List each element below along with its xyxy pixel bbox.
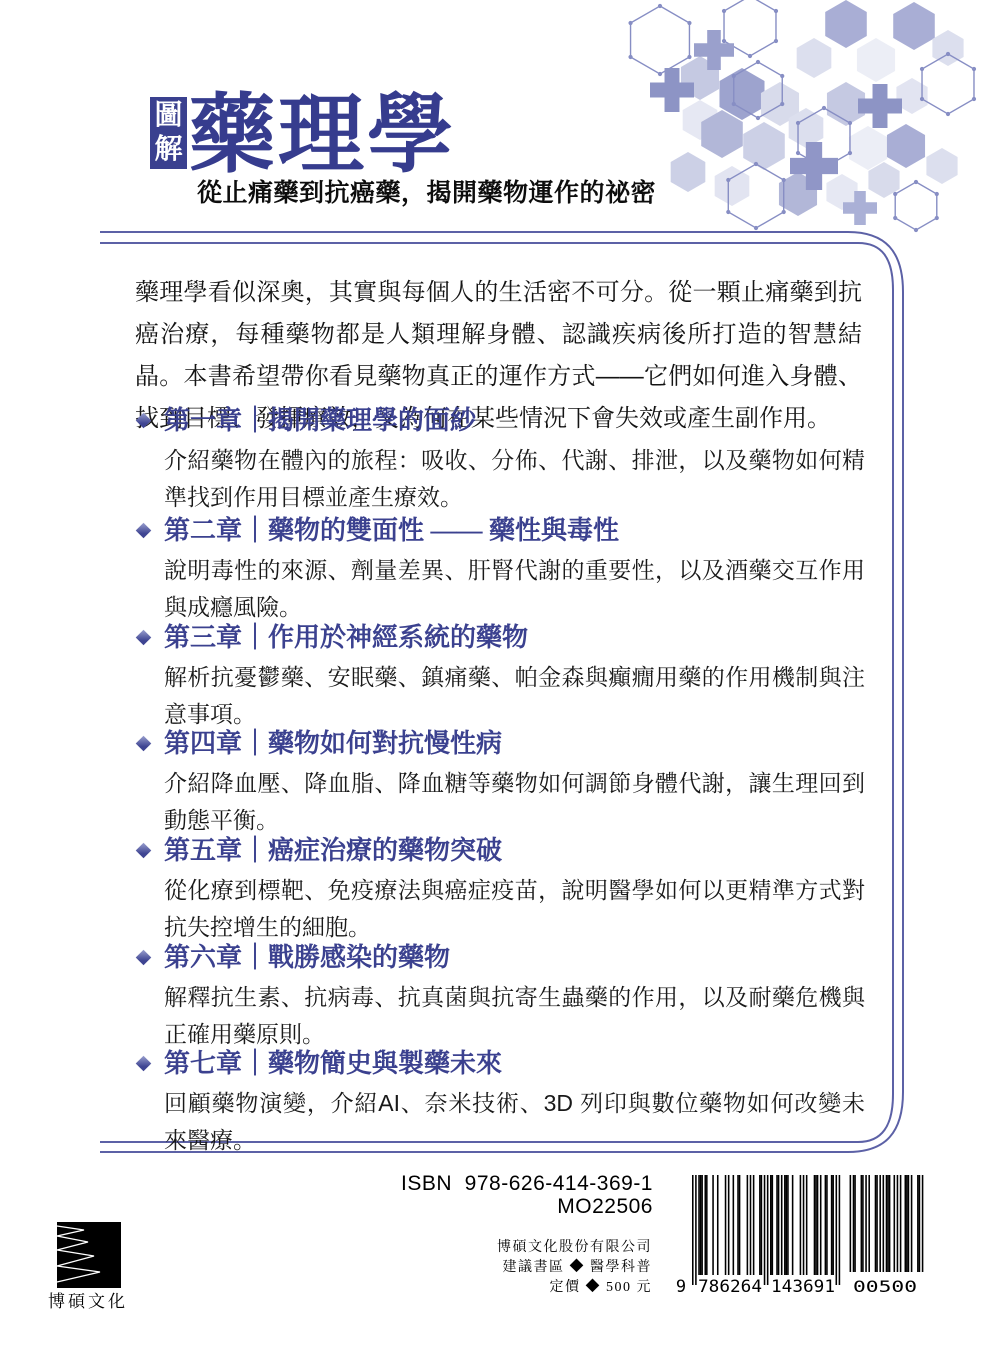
series-badge: 圖解 <box>150 97 187 169</box>
book-back-cover: 圖解 藥理學 從止痛藥到抗癌藥，揭開藥物運作的祕密 藥理學看似深奧，其實與每個人… <box>0 0 1000 1355</box>
chapter-heading-row: 第四章｜藥物如何對抗慢性病 <box>138 725 865 763</box>
diamond-bullet-icon <box>136 950 152 966</box>
chapter-title: 第二章｜藥物的雙面性 —— 藥性與毒性 <box>164 512 865 550</box>
chapter-title: 第一章｜揭開藥理學的面紗 <box>164 402 865 440</box>
chapter-description: 解釋抗生素、抗病毒、抗真菌與抗寄生蟲藥的作用，以及耐藥危機與正確用藥原則。 <box>138 979 865 1053</box>
chapter-title: 第三章｜作用於神經系統的藥物 <box>164 619 865 657</box>
publisher-block: 博碩文化股份有限公司 建議書區 ◆ 醫學科普 定價 ◆ 500 元 <box>497 1238 652 1298</box>
chapter-title: 第四章｜藥物如何對抗慢性病 <box>164 725 865 763</box>
chapter-title: 第五章｜癌症治療的藥物突破 <box>164 832 865 870</box>
chapter-block: 第二章｜藥物的雙面性 —— 藥性與毒性 說明毒性的來源、劑量差異、肝腎代謝的重要… <box>138 512 865 626</box>
chapter-block: 第五章｜癌症治療的藥物突破 從化療到標靶、免疫療法與癌症疫苗，說明醫學如何以更精… <box>138 832 865 946</box>
chapter-description: 介紹藥物在體內的旅程：吸收、分佈、代謝、排泄，以及藥物如何精準找到作用目標並產生… <box>138 442 865 516</box>
book-price: 定價 ◆ 500 元 <box>497 1278 652 1298</box>
publisher-logo <box>50 1220 130 1290</box>
diamond-bullet-icon <box>136 843 152 859</box>
diamond-bullet-icon <box>136 736 152 752</box>
svg-text:143691: 143691 <box>771 1277 835 1297</box>
chapter-block: 第七章｜藥物簡史與製藥未來 回顧藥物演變，介紹AI、奈米技術、3D 列印與數位藥… <box>138 1045 865 1159</box>
svg-text:9: 9 <box>676 1277 686 1297</box>
isbn-number: ISBN 978-626-414-369-1 <box>401 1172 653 1195</box>
ean13-barcode: 978626414369100500 <box>670 1170 940 1305</box>
svg-text:00500: 00500 <box>853 1277 917 1296</box>
chapter-heading-row: 第六章｜戰勝感染的藥物 <box>138 939 865 977</box>
chapter-heading-row: 第五章｜癌症治療的藥物突破 <box>138 832 865 870</box>
book-subtitle: 從止痛藥到抗癌藥，揭開藥物運作的祕密 <box>197 173 656 209</box>
hexagon-molecule-art <box>600 0 1000 235</box>
svg-text:786264: 786264 <box>698 1277 762 1297</box>
chapter-heading-row: 第三章｜作用於神經系統的藥物 <box>138 619 865 657</box>
chapter-description: 說明毒性的來源、劑量差異、肝腎代謝的重要性，以及酒藥交互作用與成癮風險。 <box>138 552 865 626</box>
diamond-bullet-icon <box>136 1056 152 1072</box>
chapter-heading-row: 第一章｜揭開藥理學的面紗 <box>138 402 865 440</box>
diamond-bullet-icon <box>136 523 152 539</box>
chapter-block: 第六章｜戰勝感染的藥物 解釋抗生素、抗病毒、抗真菌與抗寄生蟲藥的作用，以及耐藥危… <box>138 939 865 1053</box>
publisher-name: 博碩文化股份有限公司 <box>497 1238 652 1258</box>
chapter-title: 第七章｜藥物簡史與製藥未來 <box>164 1045 865 1083</box>
chapter-description: 回顧藥物演變，介紹AI、奈米技術、3D 列印與數位藥物如何改變未來醫療。 <box>138 1085 865 1159</box>
product-code: MO22506 <box>401 1195 653 1218</box>
book-category: 建議書區 ◆ 醫學科普 <box>497 1258 652 1278</box>
isbn-block: ISBN 978-626-414-369-1 MO22506 <box>401 1172 653 1218</box>
chapter-block: 第三章｜作用於神經系統的藥物 解析抗憂鬱藥、安眠藥、鎮痛藥、帕金森與癲癇用藥的作… <box>138 619 865 733</box>
diamond-bullet-icon <box>136 630 152 646</box>
chapter-title: 第六章｜戰勝感染的藥物 <box>164 939 865 977</box>
publisher-logo-text: 博碩文化 <box>48 1287 138 1312</box>
chapter-description: 從化療到標靶、免疫療法與癌症疫苗，說明醫學如何以更精準方式對抗失控增生的細胞。 <box>138 872 865 946</box>
diamond-bullet-icon <box>136 413 152 429</box>
chapter-heading-row: 第二章｜藥物的雙面性 —— 藥性與毒性 <box>138 512 865 550</box>
chapter-block: 第四章｜藥物如何對抗慢性病 介紹降血壓、降血脂、降血糖等藥物如何調節身體代謝，讓… <box>138 725 865 839</box>
chapter-description: 介紹降血壓、降血脂、降血糖等藥物如何調節身體代謝，讓生理回到動態平衡。 <box>138 765 865 839</box>
chapter-heading-row: 第七章｜藥物簡史與製藥未來 <box>138 1045 865 1083</box>
book-title: 藥理學 <box>189 92 456 178</box>
chapter-block: 第一章｜揭開藥理學的面紗 介紹藥物在體內的旅程：吸收、分佈、代謝、排泄，以及藥物… <box>138 402 865 516</box>
chapter-description: 解析抗憂鬱藥、安眠藥、鎮痛藥、帕金森與癲癇用藥的作用機制與注意事項。 <box>138 659 865 733</box>
